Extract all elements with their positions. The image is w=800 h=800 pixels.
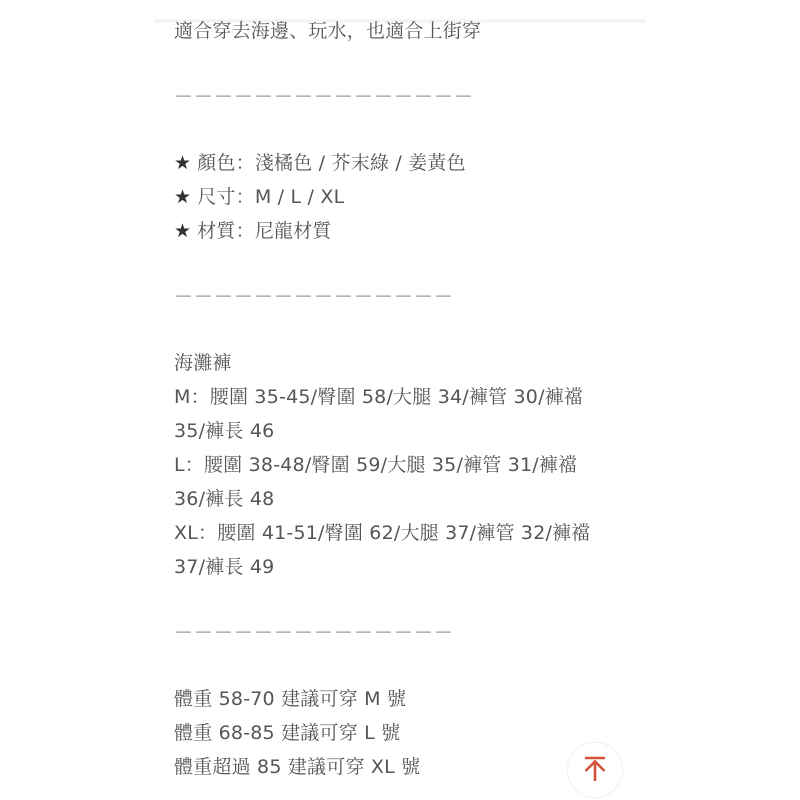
weight-guide-l: 體重 68-85 建議可穿 L 號 [174,716,634,750]
size-row-l: L：腰圍 38-48/臀圍 59/大腿 35/褲管 31/褲襠 [174,448,634,482]
size-row-xl: XL：腰圍 41-51/臀圍 62/大腿 37/褲管 32/褲襠 [174,516,634,550]
spacer [174,48,634,80]
spacer [174,114,634,146]
size-row-m-cont: 35/褲長 46 [174,414,634,448]
size-chart-title: 海灘褲 [174,346,634,380]
arrow-to-top-icon [580,753,610,787]
weight-guide-m: 體重 58-70 建議可穿 M 號 [174,682,634,716]
spec-size-text: 尺寸：M / L / XL [197,186,344,208]
product-description: 適合穿去海邊、玩水，也適合上街穿 －－－－－－－－－－－－－－－ ★顏色：淺橘色… [174,14,634,784]
back-to-top-button[interactable] [567,742,623,798]
size-row-l-cont: 36/褲長 48 [174,482,634,516]
divider: －－－－－－－－－－－－－－ [174,280,634,314]
divider: －－－－－－－－－－－－－－－ [174,80,634,114]
spec-color: ★顏色：淺橘色 / 芥末綠 / 姜黃色 [174,146,634,180]
star-icon: ★ [174,220,191,242]
size-row-xl-cont: 37/褲長 49 [174,550,634,584]
spacer [174,314,634,346]
spec-material: ★材質：尼龍材質 [174,214,634,248]
spec-material-text: 材質：尼龍材質 [197,220,331,242]
spec-size: ★尺寸：M / L / XL [174,180,634,214]
spec-color-text: 顏色：淺橘色 / 芥末綠 / 姜黃色 [197,152,466,174]
intro-text: 適合穿去海邊、玩水，也適合上街穿 [174,14,634,48]
spacer [174,650,634,682]
star-icon: ★ [174,186,191,208]
spacer [174,584,634,616]
size-row-m: M：腰圍 35-45/臀圍 58/大腿 34/褲管 30/褲襠 [174,380,634,414]
divider: －－－－－－－－－－－－－－ [174,616,634,650]
spacer [174,248,634,280]
weight-guide-xl: 體重超過 85 建議可穿 XL 號 [174,750,634,784]
star-icon: ★ [174,152,191,174]
